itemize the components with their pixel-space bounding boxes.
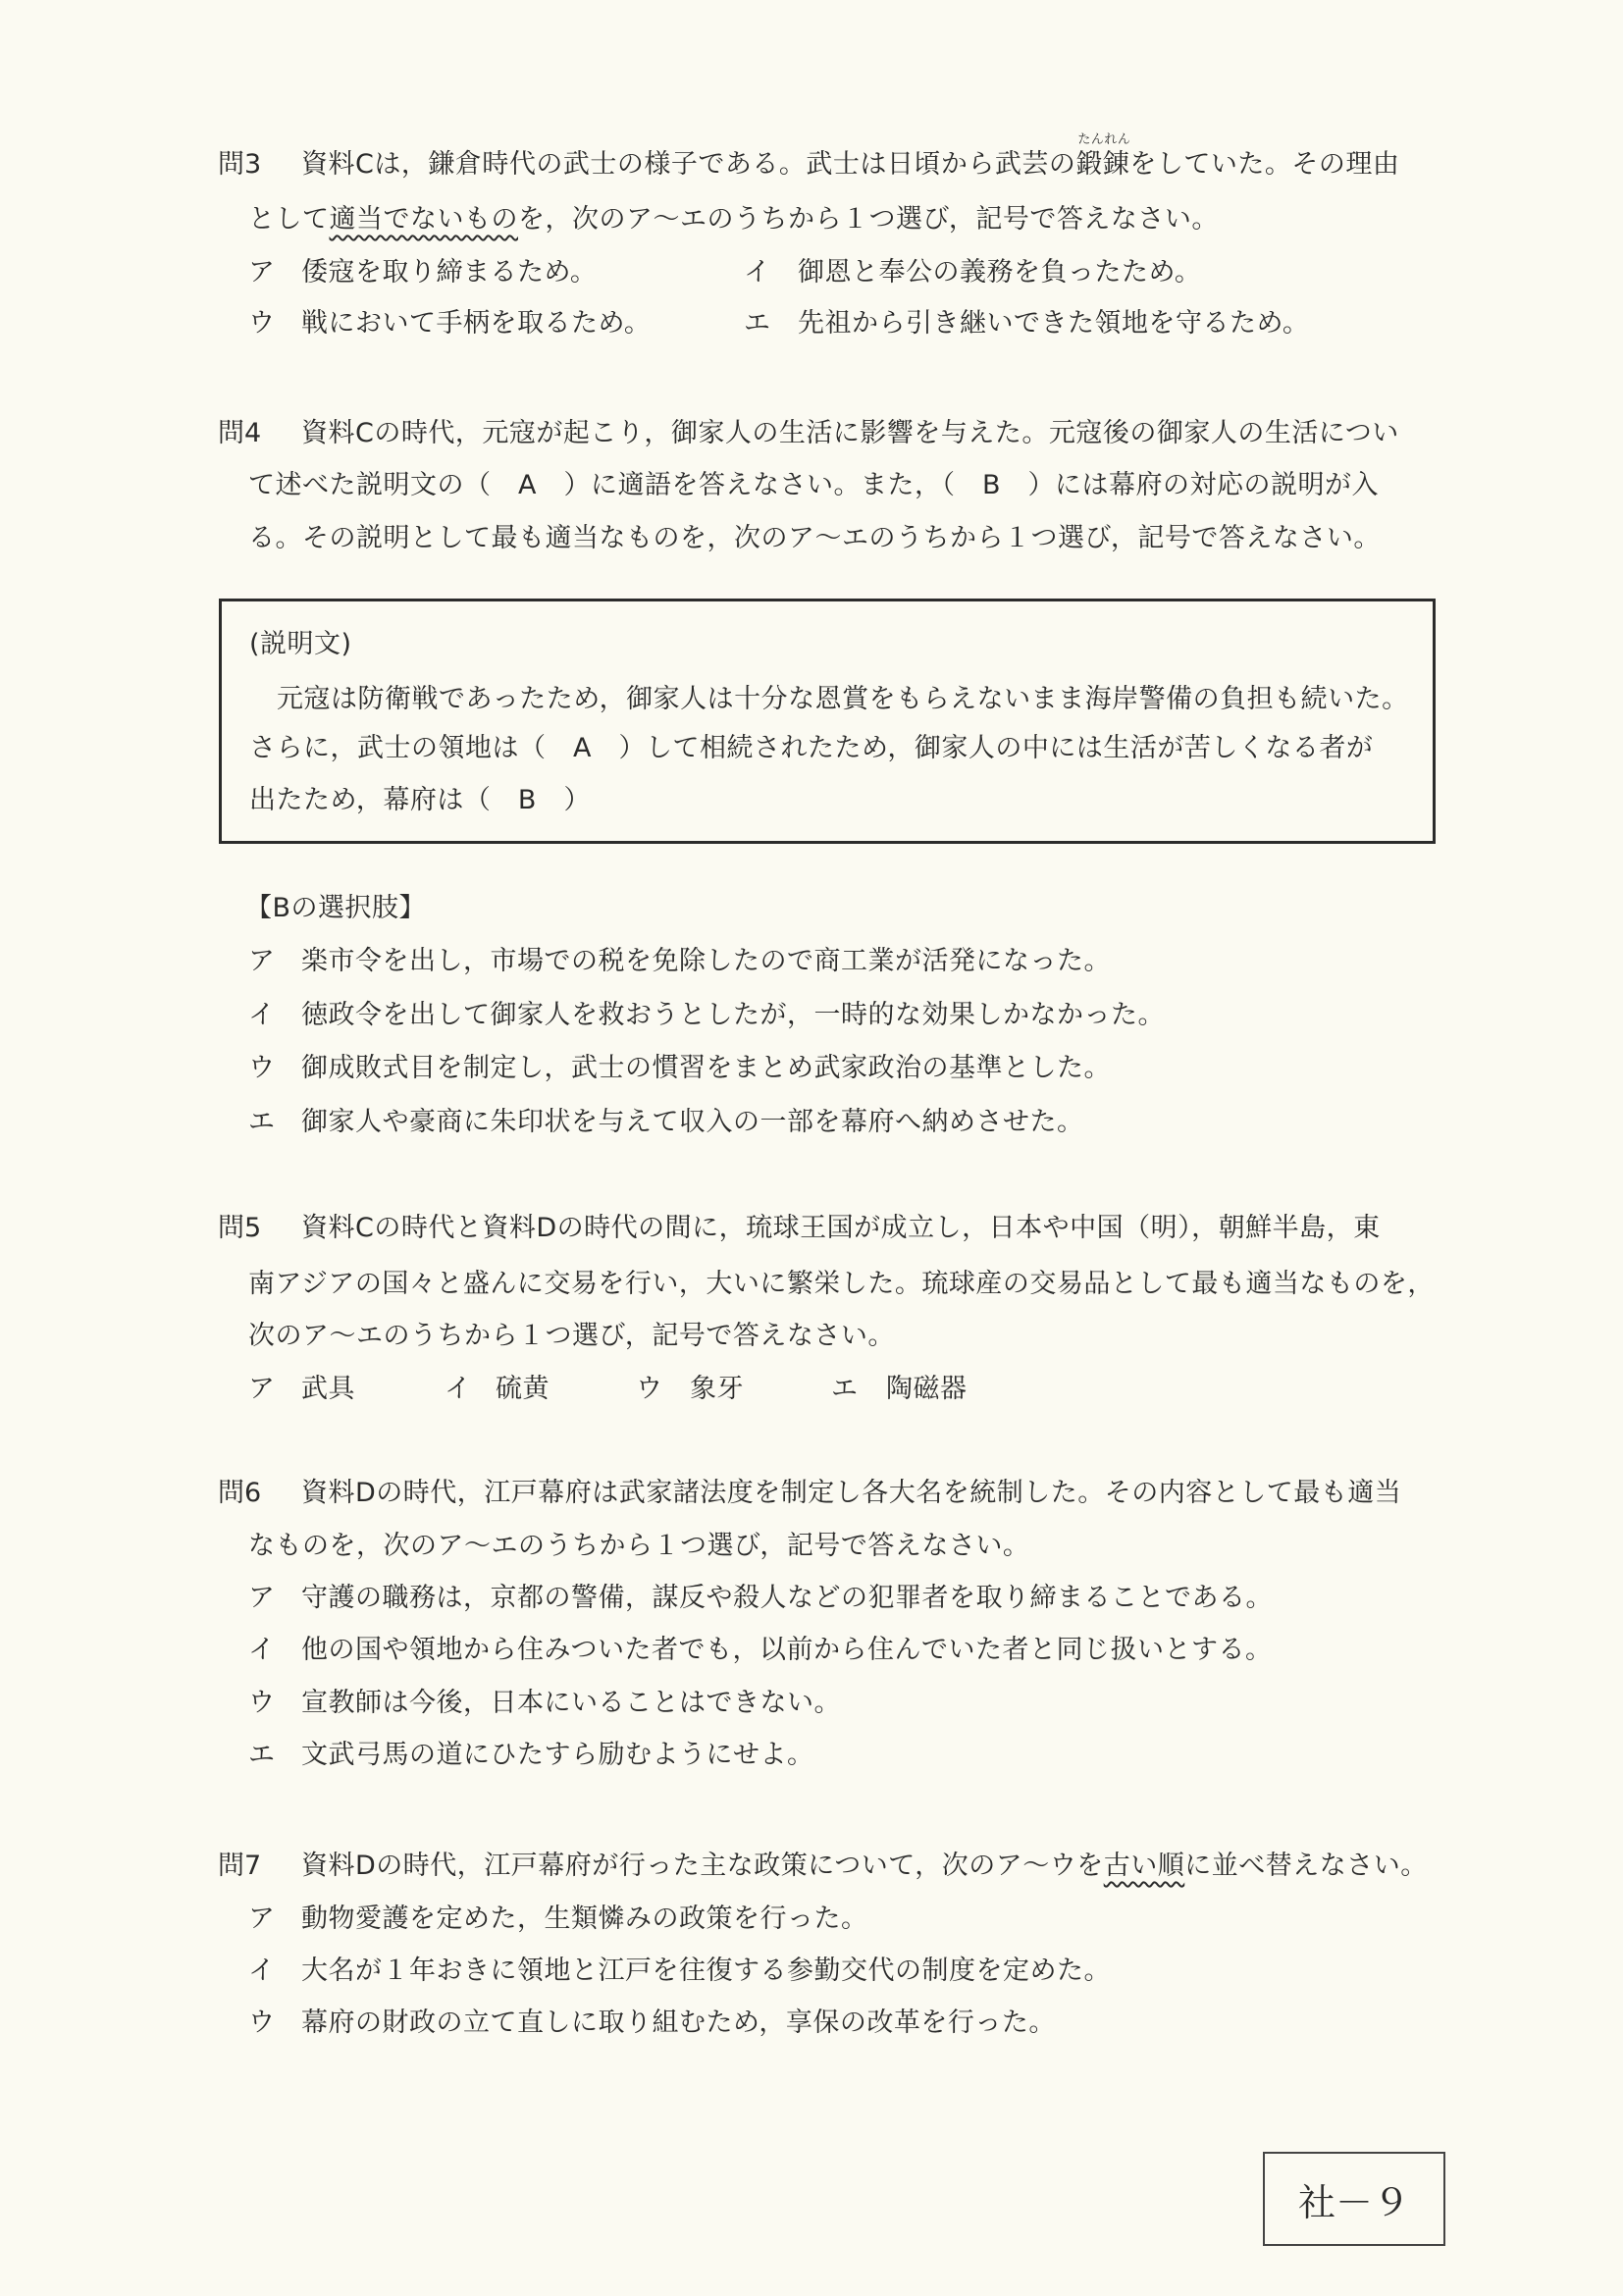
q5-option-a-text: 武具 (301, 1374, 355, 1405)
q7-option-c: ウ (248, 2008, 276, 2039)
q3-option-d: エ (744, 308, 771, 339)
q3-ruby-base: たんれん鍛錬 (1075, 149, 1129, 180)
q5-line1: 資料Cの時代と資料Dの時代の間に，琉球王国が成立し，日本や中国（明），朝鮮半島，… (301, 1213, 1381, 1244)
q6-option-b-text: 他の国や領地から住みついた者でも，以前から住んでいた者と同じ扱いとする。 (301, 1635, 1272, 1666)
explanation-title: (説明文) (249, 629, 352, 660)
explanation-line2: さらに，武士の領地は（ A ）して相続されたため，御家人の中には生活が苦しくなる… (249, 733, 1373, 764)
q6-option-b: イ (248, 1635, 276, 1666)
q4-option-b: イ (248, 1000, 276, 1031)
q6-option-d: エ (248, 1740, 276, 1771)
q5-option-d-text: 陶磁器 (886, 1374, 968, 1405)
q4-option-c: ウ (248, 1053, 276, 1084)
explanation-line1: 元寇は防衛戦であったため，御家人は十分な恩賞をもらえないまま海岸警備の負担も続い… (277, 684, 1409, 715)
q5-option-b: イ (445, 1374, 472, 1405)
q3-label: 問3 (218, 149, 261, 181)
q4-option-b-text: 徳政令を出して御家人を救おうとしたが，一時的な効果しかなかった。 (301, 1000, 1165, 1031)
q6-line2: なものを，次のア～エのうちから１つ選び，記号で答えなさい。 (248, 1531, 1029, 1562)
q4-line1: 資料Cの時代，元寇が起こり，御家人の生活に影響を与えた。元寇後の御家人の生活につ… (301, 418, 1399, 449)
q3-emphasis: 適当でないもの (330, 204, 519, 235)
q7-option-c-text: 幕府の財政の立て直しに取り組むため，享保の改革を行った。 (301, 2008, 1056, 2039)
q3-option-c-text: 戦において手柄を取るため。 (301, 308, 651, 339)
q6-line1: 資料Dの時代，江戸幕府は武家諸法度を制定し各大名を統制した。その内容として最も適… (301, 1478, 1401, 1509)
q7-label: 問7 (218, 1851, 261, 1882)
q5-line3: 次のア～エのうちから１つ選び，記号で答えなさい。 (248, 1321, 895, 1352)
q7-line1: 資料Dの時代，江戸幕府が行った主な政策について，次のア～ウを古い順に並べ替えなさ… (301, 1851, 1428, 1882)
page-number-box: 社－９ (1263, 2152, 1445, 2246)
q5-label: 問5 (218, 1213, 261, 1244)
q5-line2: 南アジアの国々と盛んに交易を行い，大いに繁栄した。琉球産の交易品として最も適当な… (248, 1269, 1435, 1300)
q6-option-c: ウ (248, 1688, 276, 1719)
q6-option-d-text: 文武弓馬の道にひたすら励むようにせよ。 (301, 1740, 814, 1771)
q6-option-a: ア (248, 1583, 276, 1614)
q4-option-d-text: 御家人や豪商に朱印状を与えて収入の一部を幕府へ納めさせた。 (301, 1107, 1084, 1138)
q6-label: 問6 (218, 1478, 261, 1509)
q5-option-d: エ (831, 1374, 859, 1405)
q7-option-b-text: 大名が１年おきに領地と江戸を往復する参勤交代の制度を定めた。 (301, 1956, 1111, 1987)
q4-option-a-text: 楽市令を出し，市場での税を免除したので商工業が活発になった。 (301, 946, 1111, 977)
q5-option-c-text: 象牙 (690, 1374, 744, 1405)
q6-option-a-text: 守護の職務は，京都の警備，謀反や殺人などの犯罪者を取り締まることである。 (301, 1583, 1273, 1614)
q3-ruby-text: たんれん (1077, 133, 1130, 147)
q5-option-b-text: 硫黄 (496, 1374, 550, 1405)
q5-option-c: ウ (636, 1374, 663, 1405)
q6-option-c-text: 宣教師は今後，日本にいることはできない。 (301, 1688, 841, 1719)
q4-option-d: エ (248, 1107, 276, 1138)
page-number: 社－９ (1298, 2172, 1410, 2226)
q4-option-a: ア (248, 946, 276, 977)
q7-option-a: ア (248, 1904, 276, 1935)
q3-option-c: ウ (248, 308, 276, 339)
q3-line1: 資料Cは，鎌倉時代の武士の様子である。武士は日頃から武芸のたんれん鍛錬をしていた… (301, 149, 1399, 181)
q4-line2: て述べた説明文の（ A ）に適語を答えなさい。また，（ B ）には幕府の対応の説… (248, 470, 1379, 501)
explanation-line3: 出たため，幕府は（ B ） (249, 785, 591, 816)
q3-option-a-text: 倭寇を取り締まるため。 (301, 257, 597, 288)
q7-option-b: イ (248, 1956, 276, 1987)
q5-option-a: ア (248, 1374, 276, 1405)
q3-option-b-text: 御恩と奉公の義務を負ったため。 (798, 257, 1201, 288)
q4-option-c-text: 御成敗式目を制定し，武士の慣習をまとめ武家政治の基準とした。 (301, 1053, 1111, 1084)
q3-text-end: をしていた。その理由 (1129, 149, 1399, 180)
q4-line3: る。その説明として最も適当なものを，次のア～エのうちから１つ選び，記号で答えなさ… (248, 523, 1381, 554)
q3-line2: として適当でないものを，次のア～エのうちから１つ選び，記号で答えなさい。 (248, 204, 1219, 235)
q3-option-d-text: 先祖から引き継いできた領地を守るため。 (798, 308, 1309, 339)
q3-option-b: イ (744, 257, 771, 288)
q7-option-a-text: 動物愛護を定めた，生類憐みの政策を行った。 (301, 1904, 868, 1935)
q7-emphasis: 古い順 (1104, 1851, 1185, 1881)
q4-label: 問4 (218, 418, 261, 449)
q3-text: 資料Cは，鎌倉時代の武士の様子である。武士は日頃から武芸の (301, 149, 1075, 180)
b-choices-heading: 【Bの選択肢】 (245, 893, 426, 924)
q3-option-a: ア (248, 257, 276, 288)
